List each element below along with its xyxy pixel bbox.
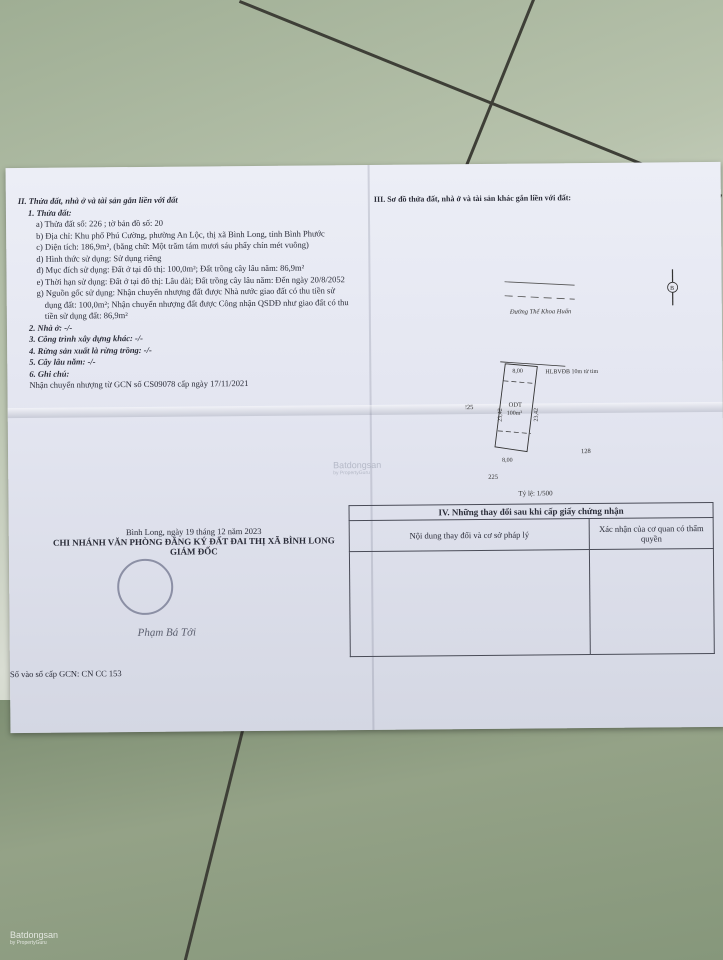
svg-text:8,00: 8,00 <box>502 458 513 464</box>
changes-col-content: Nội dung thay đổi và cơ sở pháp lý <box>349 519 589 552</box>
watermark-brand: Batdongsan <box>10 930 58 940</box>
svg-text:128: 128 <box>581 448 591 455</box>
notes-text: Nhận chuyển nhượng từ GCN số CS09078 cấp… <box>19 377 364 392</box>
right-page: III. Sơ đồ thửa đất, nhà ở và tài sản kh… <box>374 192 714 204</box>
svg-text:225: 225 <box>464 404 473 411</box>
svg-text:B: B <box>670 286 674 292</box>
plot-diagram: Đường Thế Khoa Huấn 8,00 HLBVĐB 10m từ t… <box>464 232 686 504</box>
official-stamp-icon <box>117 559 173 615</box>
floor <box>0 700 723 960</box>
land-certificate: II. Thửa đất, nhà ở và tài sản gắn liền … <box>6 162 723 733</box>
svg-text:ODT: ODT <box>509 402 522 409</box>
svg-text:23,42: 23,42 <box>534 408 540 422</box>
watermark-center: Batdongsanby PropertyGuru <box>333 460 381 476</box>
registration-number: Số vào sổ cấp GCN: CN CC 153 <box>10 668 122 679</box>
svg-text:225: 225 <box>488 474 498 481</box>
signature-block: Bình Long, ngày 19 tháng 12 năm 2023 CHI… <box>29 525 359 558</box>
svg-text:Đường Thế Khoa Huấn: Đường Thế Khoa Huấn <box>509 308 571 316</box>
svg-text:100m²: 100m² <box>507 411 523 417</box>
watermark-logo: Batdongsan by PropertyGuru <box>10 930 58 946</box>
signer-name: Phạm Bá Tới <box>138 626 197 639</box>
changes-cell-empty <box>590 548 715 654</box>
changes-col-confirmation: Xác nhận của cơ quan có thẩm quyền <box>589 517 713 549</box>
svg-text:Tỷ lệ: 1/500: Tỷ lệ: 1/500 <box>518 489 553 497</box>
changes-cell-empty <box>349 550 590 657</box>
north-arrow-icon: B <box>667 269 677 305</box>
changes-table: IV. Những thay đổi sau khi cấp giấy chứn… <box>349 502 715 657</box>
svg-text:HLBVĐB 10m từ tim: HLBVĐB 10m từ tim <box>545 369 598 375</box>
watermark-sub: by PropertyGuru <box>10 940 58 946</box>
svg-text:23,42: 23,42 <box>498 408 504 422</box>
svg-text:8,00: 8,00 <box>512 369 523 375</box>
tile-grout <box>465 0 535 167</box>
section-3-title: III. Sơ đồ thửa đất, nhà ở và tài sản kh… <box>374 192 714 204</box>
left-page: II. Thửa đất, nhà ở và tài sản gắn liền … <box>18 193 365 392</box>
